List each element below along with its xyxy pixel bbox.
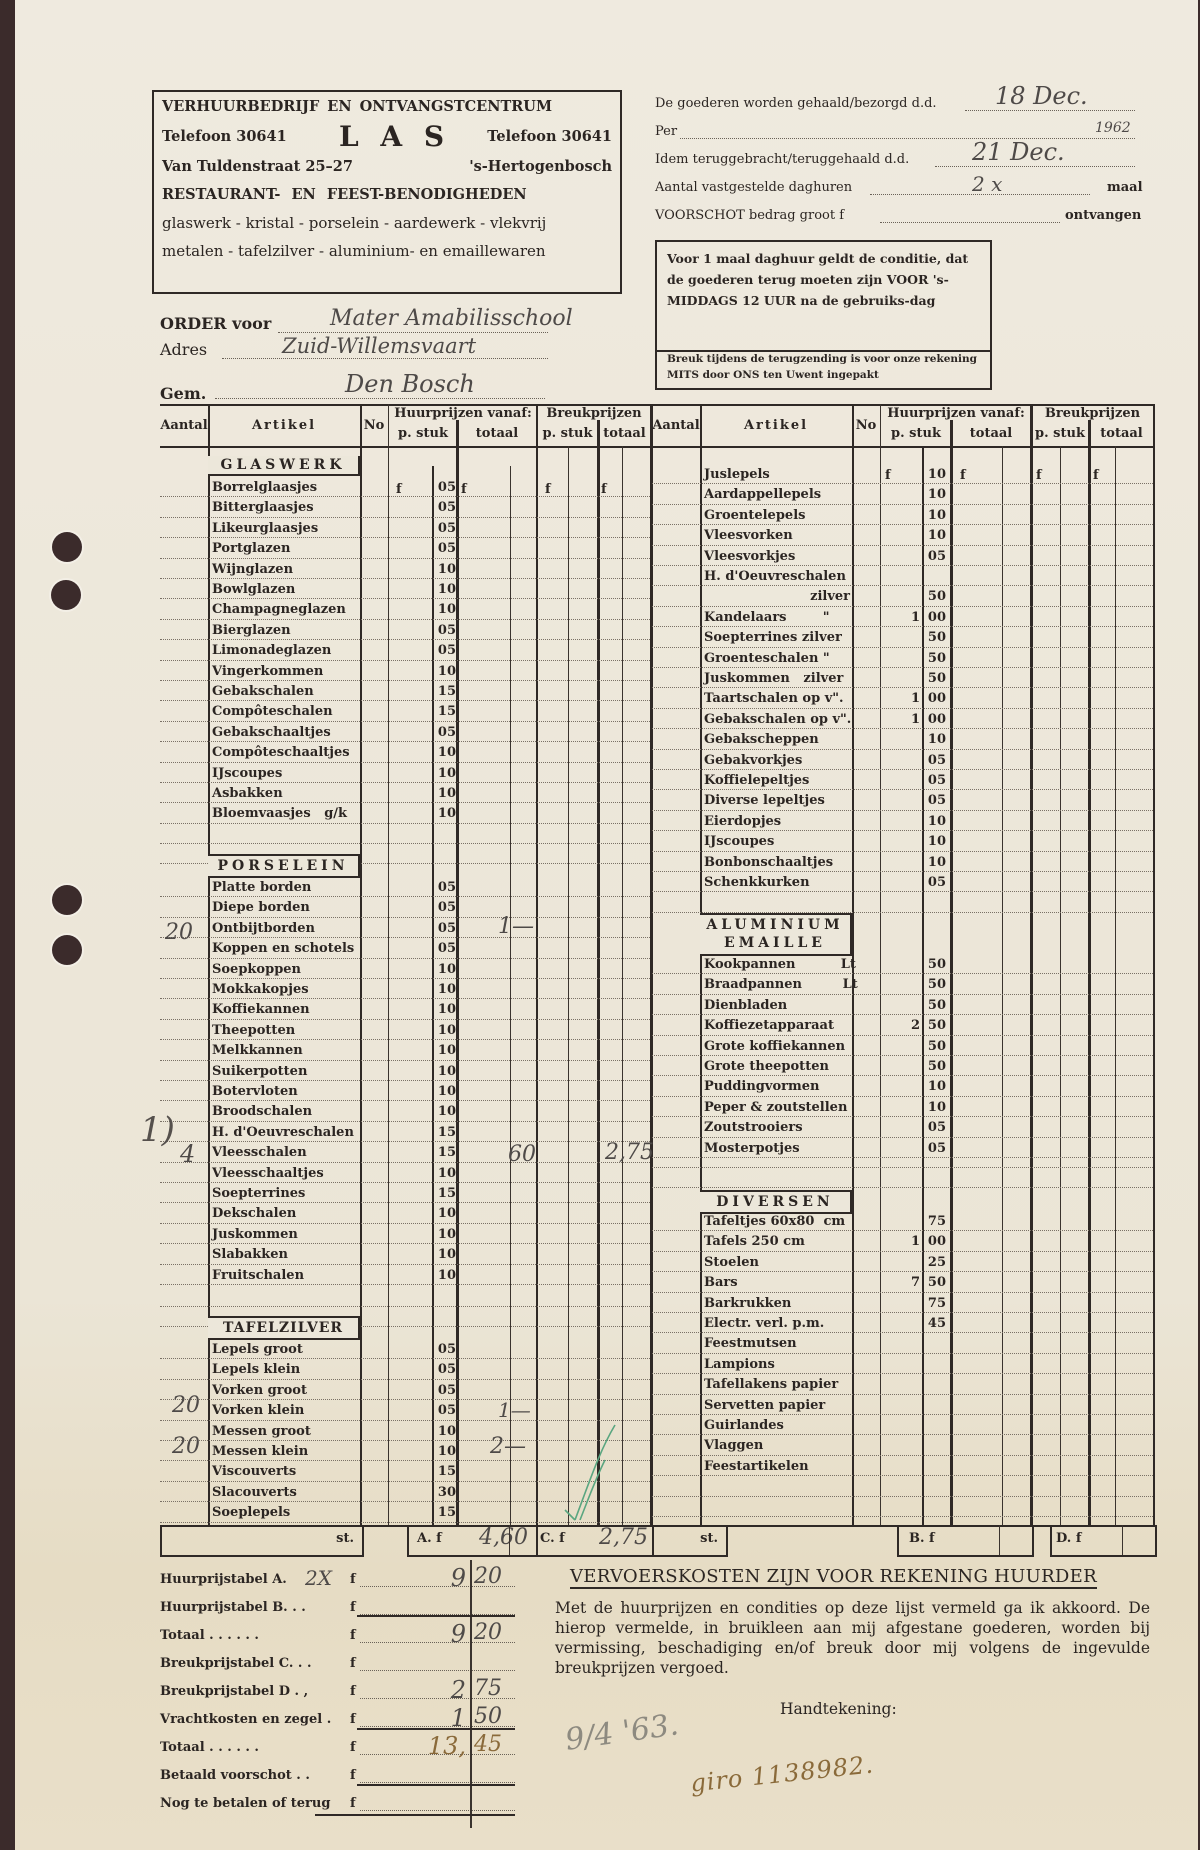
- price-cents: 10: [434, 1084, 456, 1100]
- price-cents: 05: [924, 1120, 946, 1136]
- aantal-field[interactable]: [163, 480, 207, 496]
- artikel-label: Vorken klein: [212, 1403, 304, 1419]
- price-cents: 10: [434, 1247, 456, 1263]
- artikel-label: Bars: [704, 1275, 738, 1291]
- price-cents: 30: [434, 1485, 456, 1501]
- aantal-field[interactable]: [655, 1039, 699, 1055]
- price-cents: 10: [924, 732, 946, 748]
- artikel-label: IJscoupes: [704, 834, 774, 850]
- artikel-label: IJscoupes: [212, 766, 282, 782]
- artikel-label: Lepels klein: [212, 1362, 300, 1378]
- table-row: Koffielepeltjes05: [652, 771, 1153, 791]
- aantal-field[interactable]: [655, 1459, 699, 1475]
- price-cents: 10: [924, 814, 946, 830]
- artikel-label: Juskommen: [212, 1227, 298, 1243]
- aantal-vorken-klein[interactable]: 20: [172, 1393, 200, 1418]
- price-cents: 05: [924, 753, 946, 769]
- artikel-label: Bloemvaasjes g/k: [212, 806, 347, 822]
- price-cents: 10: [434, 766, 456, 782]
- summary-cents[interactable]: 50: [474, 1704, 502, 1729]
- address-value[interactable]: Zuid-Willemsvaart: [282, 334, 476, 358]
- price-cents: 10: [434, 664, 456, 680]
- aantal-field[interactable]: [655, 1377, 699, 1393]
- price-cents: 00: [924, 691, 946, 707]
- summary-row: Huurprijstabel A.2Xf920: [160, 1568, 520, 1592]
- aantal-field[interactable]: [163, 1464, 207, 1480]
- artikel-label: Gebakvorkjes: [704, 753, 802, 769]
- aantal-field[interactable]: [655, 1059, 699, 1075]
- row-rule: [652, 1014, 1153, 1015]
- price-cents: 15: [434, 1125, 456, 1141]
- total-d-box: D. f: [1050, 1525, 1157, 1557]
- per-value[interactable]: 1962: [1095, 120, 1131, 136]
- aantal-field[interactable]: [163, 1485, 207, 1501]
- aantal-field[interactable]: [163, 725, 207, 741]
- table-row: IJscoupes10: [160, 764, 650, 784]
- price-cents: 05: [434, 500, 456, 516]
- artikel-label: Viscouverts: [212, 1464, 296, 1480]
- aantal-field[interactable]: [655, 610, 699, 626]
- artikel-label: Kookpannen Lt: [704, 957, 856, 973]
- aantal-field[interactable]: [655, 834, 699, 850]
- summary-row: Totaal . . . . . .f13,45: [160, 1736, 520, 1760]
- artikel-label: Borrelglaasjes: [212, 480, 317, 496]
- aantal-field[interactable]: [655, 1171, 699, 1187]
- aantal-field[interactable]: [655, 467, 699, 483]
- row-rule: [652, 1271, 1153, 1272]
- header-aantal: Aantal: [160, 418, 208, 433]
- currency-f: f: [350, 1656, 356, 1671]
- artikel-label: Compôteschalen: [212, 704, 333, 720]
- table-row: Lepels klein05: [160, 1360, 650, 1380]
- breakage-box: Breuk tijdens de terugzending is voor on…: [655, 348, 992, 390]
- aantal-field[interactable]: [655, 1398, 699, 1414]
- aantal-field[interactable]: [655, 1234, 699, 1250]
- summary-value[interactable]: 9: [422, 1564, 466, 1592]
- aantal-field[interactable]: [655, 1214, 699, 1230]
- artikel-label: Soeplepels: [212, 1505, 290, 1521]
- aantal-field[interactable]: [163, 1064, 207, 1080]
- aantal-field[interactable]: [655, 1500, 699, 1516]
- table-row: Gebakvorkjes05: [652, 751, 1153, 771]
- aantal-ontbijtborden[interactable]: 20: [165, 920, 193, 945]
- row-rule: [160, 1243, 650, 1244]
- aantal-field[interactable]: [655, 1438, 699, 1454]
- total-b-box: B. f: [897, 1525, 1034, 1557]
- table-row: Electr. verl. p.m.45: [652, 1314, 1153, 1334]
- price-cents: 05: [924, 875, 946, 891]
- aantal-field[interactable]: [163, 500, 207, 516]
- price-cents: 10: [434, 1043, 456, 1059]
- aantal-field[interactable]: [163, 1084, 207, 1100]
- aantal-field[interactable]: [163, 1268, 207, 1284]
- gem-value[interactable]: Den Bosch: [345, 370, 475, 398]
- advance-line[interactable]: [880, 222, 1060, 223]
- artikel-label: Koppen en schotels: [212, 941, 354, 957]
- aantal-field[interactable]: [655, 630, 699, 646]
- price-cents: 10: [924, 528, 946, 544]
- summary-value[interactable]: 9: [422, 1620, 466, 1648]
- aantal-field[interactable]: [163, 1342, 207, 1358]
- signature-label: Handtekening:: [780, 1700, 897, 1718]
- totaal-vleesschalen[interactable]: 60: [508, 1142, 536, 1167]
- aantal-field[interactable]: [655, 651, 699, 667]
- row-rule: [160, 1162, 650, 1163]
- aantal-field[interactable]: [655, 814, 699, 830]
- artikel-label: Lampions: [704, 1357, 775, 1373]
- table-row: Feestmutsen: [652, 1334, 1153, 1354]
- per-label: Per: [655, 124, 677, 139]
- table-row: Grote theepotten50: [652, 1057, 1153, 1077]
- artikel-label: Gebakschalen op v".: [704, 712, 851, 728]
- returned-line: [935, 166, 1135, 167]
- summary-rule: [357, 1728, 515, 1730]
- price-cents: 10: [434, 982, 456, 998]
- table-row: Likeurglaasjes05: [160, 519, 650, 539]
- price-cents: 10: [434, 562, 456, 578]
- row-rule: [160, 1060, 650, 1061]
- aantal-field[interactable]: [163, 602, 207, 618]
- aantal-field[interactable]: [163, 962, 207, 978]
- artikel-label: Bierglazen: [212, 623, 291, 639]
- artikel-label: Vingerkommen: [212, 664, 323, 680]
- artikel-label: Portglazen: [212, 541, 291, 557]
- right-st-box: st.: [652, 1525, 728, 1557]
- artikel-label: Theepotten: [212, 1023, 295, 1039]
- aantal-field[interactable]: [655, 671, 699, 687]
- aantal-field[interactable]: [163, 982, 207, 998]
- row-rule: [652, 994, 1153, 995]
- price-cents: 05: [434, 1403, 456, 1419]
- aantal-field[interactable]: [655, 1079, 699, 1095]
- aantal-messen-klein[interactable]: 20: [172, 1434, 200, 1459]
- table-row: zilver50: [652, 587, 1153, 607]
- table-row: Vleesschalen15: [160, 1143, 650, 1163]
- artikel-label: Braadpannen Lt: [704, 977, 858, 993]
- price-cents: 50: [924, 998, 946, 1014]
- returned-value[interactable]: 21 Dec.: [972, 138, 1065, 166]
- gem-label: Gem.: [160, 384, 206, 403]
- aantal-field[interactable]: [163, 847, 207, 863]
- aantal-field[interactable]: [163, 806, 207, 822]
- summary-rule: [315, 1814, 515, 1816]
- aantal-field[interactable]: [163, 623, 207, 639]
- summary-rule: [357, 1784, 515, 1786]
- aantal-field[interactable]: [655, 1100, 699, 1116]
- row-rule: [160, 639, 650, 640]
- row-rule: [160, 958, 650, 959]
- fetched-value[interactable]: 18 Dec.: [995, 82, 1088, 110]
- row-rule: [652, 1455, 1153, 1456]
- table-row: Slabakken10: [160, 1245, 650, 1265]
- aantal-field[interactable]: [163, 521, 207, 537]
- aantal-field[interactable]: [163, 827, 207, 843]
- artikel-label: Vleesvorken: [704, 528, 793, 544]
- artikel-label: Groenteschalen ": [704, 651, 830, 667]
- artikel-label: Tafellakens papier: [704, 1377, 838, 1393]
- header-totaal: totaal: [458, 426, 536, 441]
- table-row: Platte borden05: [160, 878, 650, 898]
- artikel-label: Messen groot: [212, 1424, 311, 1440]
- table-row: Gebakschaaltjes05: [160, 723, 650, 743]
- aantal-field[interactable]: [655, 528, 699, 544]
- artikel-label: Tafels 250 cm: [704, 1234, 805, 1250]
- currency-f: f: [350, 1796, 356, 1811]
- aantal-field[interactable]: [163, 1002, 207, 1018]
- table-row: Soepterrines15: [160, 1184, 650, 1204]
- artikel-label: Koffielepeltjes: [704, 773, 809, 789]
- artikel-label: Limonadeglazen: [212, 643, 331, 659]
- table-row: Bitterglaasjes05: [160, 498, 650, 518]
- totaal-ontbijtborden[interactable]: 1—: [498, 914, 534, 939]
- aantal-field[interactable]: [163, 1505, 207, 1521]
- totaal-vorken-klein[interactable]: 1—: [498, 1398, 531, 1422]
- price-cents: 75: [924, 1214, 946, 1230]
- table-row: Servetten papier: [652, 1396, 1153, 1416]
- aantal-field[interactable]: [655, 773, 699, 789]
- aantal-field[interactable]: [163, 541, 207, 557]
- table-row: Soepterrines zilver50: [652, 628, 1153, 648]
- row-rule: [160, 1223, 650, 1224]
- table-row: [652, 1169, 1153, 1189]
- aantal-field[interactable]: [163, 562, 207, 578]
- aantal-field[interactable]: [163, 1247, 207, 1263]
- summary-cents[interactable]: 20: [474, 1620, 502, 1645]
- totaal-messen-klein[interactable]: 2—: [490, 1434, 526, 1459]
- table-row: Vorken klein05: [160, 1401, 650, 1421]
- header-artikel: Artikel: [700, 418, 852, 433]
- aantal-field[interactable]: [163, 1310, 207, 1326]
- col-rule: [536, 1525, 538, 1555]
- aantal-field[interactable]: [655, 691, 699, 707]
- header-aantal: Aantal: [652, 418, 700, 433]
- artikel-label: Servetten papier: [704, 1398, 825, 1414]
- row-rule: [652, 810, 1153, 811]
- summary-label: Breukprijstabel D . ,: [160, 1684, 308, 1699]
- artikel-label: Grote theepotten: [704, 1059, 829, 1075]
- artikel-label: Soepterrines zilver: [704, 630, 842, 646]
- aantal-field[interactable]: [163, 1227, 207, 1243]
- summary-row: Breukprijstabel C. . .f: [160, 1652, 520, 1676]
- artikel-label: Slabakken: [212, 1247, 288, 1263]
- aantal-field[interactable]: [163, 1043, 207, 1059]
- table-row: Gebakschalen15: [160, 682, 650, 702]
- artikel-label: Wijnglazen: [212, 562, 293, 578]
- row-rule: [160, 762, 650, 763]
- aantal-vleesschalen[interactable]: 4: [180, 1140, 195, 1168]
- aantal-field[interactable]: [163, 1023, 207, 1039]
- aantal-field[interactable]: [655, 1120, 699, 1136]
- table-row: Taartschalen op v".100: [652, 689, 1153, 709]
- price-cents: 50: [924, 1039, 946, 1055]
- price-cents: 05: [434, 1362, 456, 1378]
- table-row: Soepkoppen10: [160, 960, 650, 980]
- advance-label: VOORSCHOT bedrag groot f: [655, 208, 844, 223]
- table-row: Vlaggen: [652, 1436, 1153, 1456]
- price-cents: 45: [924, 1316, 946, 1332]
- aantal-field[interactable]: [655, 998, 699, 1014]
- order-line: [278, 332, 548, 333]
- breuk-totaal-vleesschalen[interactable]: 2,75: [605, 1140, 654, 1165]
- price-cents: 10: [434, 1104, 456, 1120]
- aantal-field[interactable]: [655, 712, 699, 728]
- aantal-field[interactable]: [163, 582, 207, 598]
- row-rule: [652, 606, 1153, 607]
- summary-cents[interactable]: 45: [474, 1732, 502, 1757]
- aantal-field[interactable]: [655, 1275, 699, 1291]
- artikel-label: Juskommen zilver: [704, 671, 843, 687]
- aantal-field[interactable]: [655, 753, 699, 769]
- aantal-field[interactable]: [163, 786, 207, 802]
- table-row: Bowlglazen10: [160, 580, 650, 600]
- artikel-label: Compôteschaaltjes: [212, 745, 350, 761]
- artikel-label: Soepkoppen: [212, 962, 301, 978]
- price-cents: 10: [434, 786, 456, 802]
- price-gulden: 7: [900, 1275, 920, 1291]
- aantal-field[interactable]: [655, 1296, 699, 1312]
- currency-f: f: [350, 1628, 356, 1643]
- aantal-field[interactable]: [655, 1418, 699, 1434]
- aantal-field[interactable]: [655, 1357, 699, 1373]
- order-value[interactable]: Mater Amabilisschool: [330, 306, 573, 331]
- artikel-label: Bowlglazen: [212, 582, 295, 598]
- artikel-label: Vleesschalen: [212, 1145, 307, 1161]
- aantal-field[interactable]: [655, 1255, 699, 1271]
- table-row: Bloemvaasjes g/k10: [160, 804, 650, 824]
- aantal-field[interactable]: [655, 1336, 699, 1352]
- aantal-field[interactable]: [163, 1362, 207, 1378]
- aantal-field[interactable]: [655, 977, 699, 993]
- row-rule: [652, 973, 1153, 974]
- aantal-field[interactable]: [655, 1480, 699, 1496]
- aantal-field[interactable]: [163, 664, 207, 680]
- row-rule: [160, 1121, 650, 1122]
- aantal-field[interactable]: [163, 684, 207, 700]
- col-rule: [1153, 404, 1155, 1525]
- price-cents: 05: [434, 623, 456, 639]
- table-row: Groenteschalen "50: [652, 649, 1153, 669]
- table-row: Koppen en schotels05: [160, 939, 650, 959]
- artikel-label: Likeurglaasjes: [212, 521, 318, 537]
- section-porselein: PORSELEIN: [208, 854, 360, 878]
- table-row: Feestartikelen: [652, 1457, 1153, 1477]
- a-value[interactable]: 4,60: [479, 1525, 528, 1550]
- b-label: B. f: [909, 1531, 935, 1546]
- summary-value[interactable]: 13,: [422, 1732, 466, 1760]
- table-row: Stoelen25: [652, 1253, 1153, 1273]
- aantal-field[interactable]: [163, 1206, 207, 1222]
- totals-ac-box: A. f 4,60 C. f 2,75: [407, 1525, 654, 1557]
- c-value[interactable]: 2,75: [599, 1525, 648, 1550]
- aantal-field[interactable]: [655, 589, 699, 605]
- aantal-field[interactable]: [163, 745, 207, 761]
- row-rule: [652, 1475, 1153, 1476]
- row-rule: [160, 1399, 650, 1400]
- aantal-field[interactable]: [163, 1186, 207, 1202]
- aantal-field[interactable]: [163, 704, 207, 720]
- aantal-field[interactable]: [163, 1290, 207, 1306]
- table-row: Juskommen10: [160, 1225, 650, 1245]
- aantal-field[interactable]: [163, 880, 207, 896]
- summary-row: Nog te betalen of terugf: [160, 1792, 520, 1816]
- price-cents: 50: [924, 977, 946, 993]
- row-rule: [652, 687, 1153, 688]
- aantal-field[interactable]: [655, 549, 699, 565]
- right-st-label: st.: [700, 1531, 718, 1546]
- artikel-label: Tafeltjes 60x80 cm: [704, 1214, 845, 1230]
- row-rule: [160, 1182, 650, 1183]
- aantal-field[interactable]: [655, 896, 699, 912]
- summary-label: Breukprijstabel C. . .: [160, 1656, 311, 1671]
- table-row: Barkrukken75: [652, 1294, 1153, 1314]
- order-label: ORDER voor: [160, 314, 271, 333]
- price-cents: 10: [924, 834, 946, 850]
- price-cents: 15: [434, 704, 456, 720]
- days-value[interactable]: 2 x: [972, 172, 1002, 196]
- table-row: Mokkakopjes10: [160, 980, 650, 1000]
- aantal-field[interactable]: [655, 569, 699, 585]
- price-cents: 05: [434, 725, 456, 741]
- header-breuk-totaal: totaal: [599, 426, 650, 441]
- table-row: Koffiezetapparaat250: [652, 1016, 1153, 1036]
- returned-label: Idem teruggebracht/teruggehaald d.d.: [655, 152, 909, 167]
- aantal-field[interactable]: [655, 875, 699, 891]
- header-p-stuk: p. stuk: [882, 426, 950, 441]
- aantal-field[interactable]: [655, 1018, 699, 1034]
- company-header-box: VERHUURBEDRIJF EN ONTVANGSTCENTRUM Telef…: [152, 90, 622, 294]
- artikel-label: Platte borden: [212, 880, 311, 896]
- row-rule: [652, 647, 1153, 648]
- table-row: Compôteschaaltjes10: [160, 743, 650, 763]
- row-rule: [160, 598, 650, 599]
- aantal-field[interactable]: [655, 957, 699, 973]
- aantal-field[interactable]: [655, 793, 699, 809]
- summary-label: Betaald voorschot . .: [160, 1768, 310, 1783]
- price-cents: 10: [434, 1002, 456, 1018]
- row-rule: [160, 496, 650, 497]
- artikel-label: Koffiekannen: [212, 1002, 310, 1018]
- summary-cents[interactable]: 75: [474, 1676, 502, 1701]
- artikel-label: Vleesvorkjes: [704, 549, 795, 565]
- artikel-label: Gebakscheppen: [704, 732, 819, 748]
- aantal-field[interactable]: [655, 487, 699, 503]
- per-line: [680, 138, 1135, 139]
- aantal-field[interactable]: [655, 1316, 699, 1332]
- row-rule: [160, 896, 650, 897]
- summary-cents[interactable]: 20: [474, 1564, 502, 1589]
- table-row: Aardappellepels10: [652, 485, 1153, 505]
- aantal-field[interactable]: [163, 643, 207, 659]
- aantal-field[interactable]: [655, 855, 699, 871]
- summary-value[interactable]: 2: [422, 1676, 466, 1704]
- row-rule: [652, 1332, 1153, 1333]
- aantal-field[interactable]: [163, 1166, 207, 1182]
- aantal-field[interactable]: [655, 508, 699, 524]
- aantal-field[interactable]: [163, 766, 207, 782]
- aantal-field[interactable]: [655, 1151, 699, 1167]
- price-cents: 05: [434, 521, 456, 537]
- aantal-field[interactable]: [655, 732, 699, 748]
- artikel-label: Botervloten: [212, 1084, 298, 1100]
- aantal-field[interactable]: [163, 900, 207, 916]
- currency-f: f: [350, 1600, 356, 1615]
- table-row: [652, 894, 1153, 914]
- table-row: Lepels groot05: [160, 1340, 650, 1360]
- table-row: Koffiekannen10: [160, 1000, 650, 1020]
- fetched-line: [965, 110, 1135, 111]
- price-cents: 10: [434, 806, 456, 822]
- price-cents: 10: [924, 467, 946, 483]
